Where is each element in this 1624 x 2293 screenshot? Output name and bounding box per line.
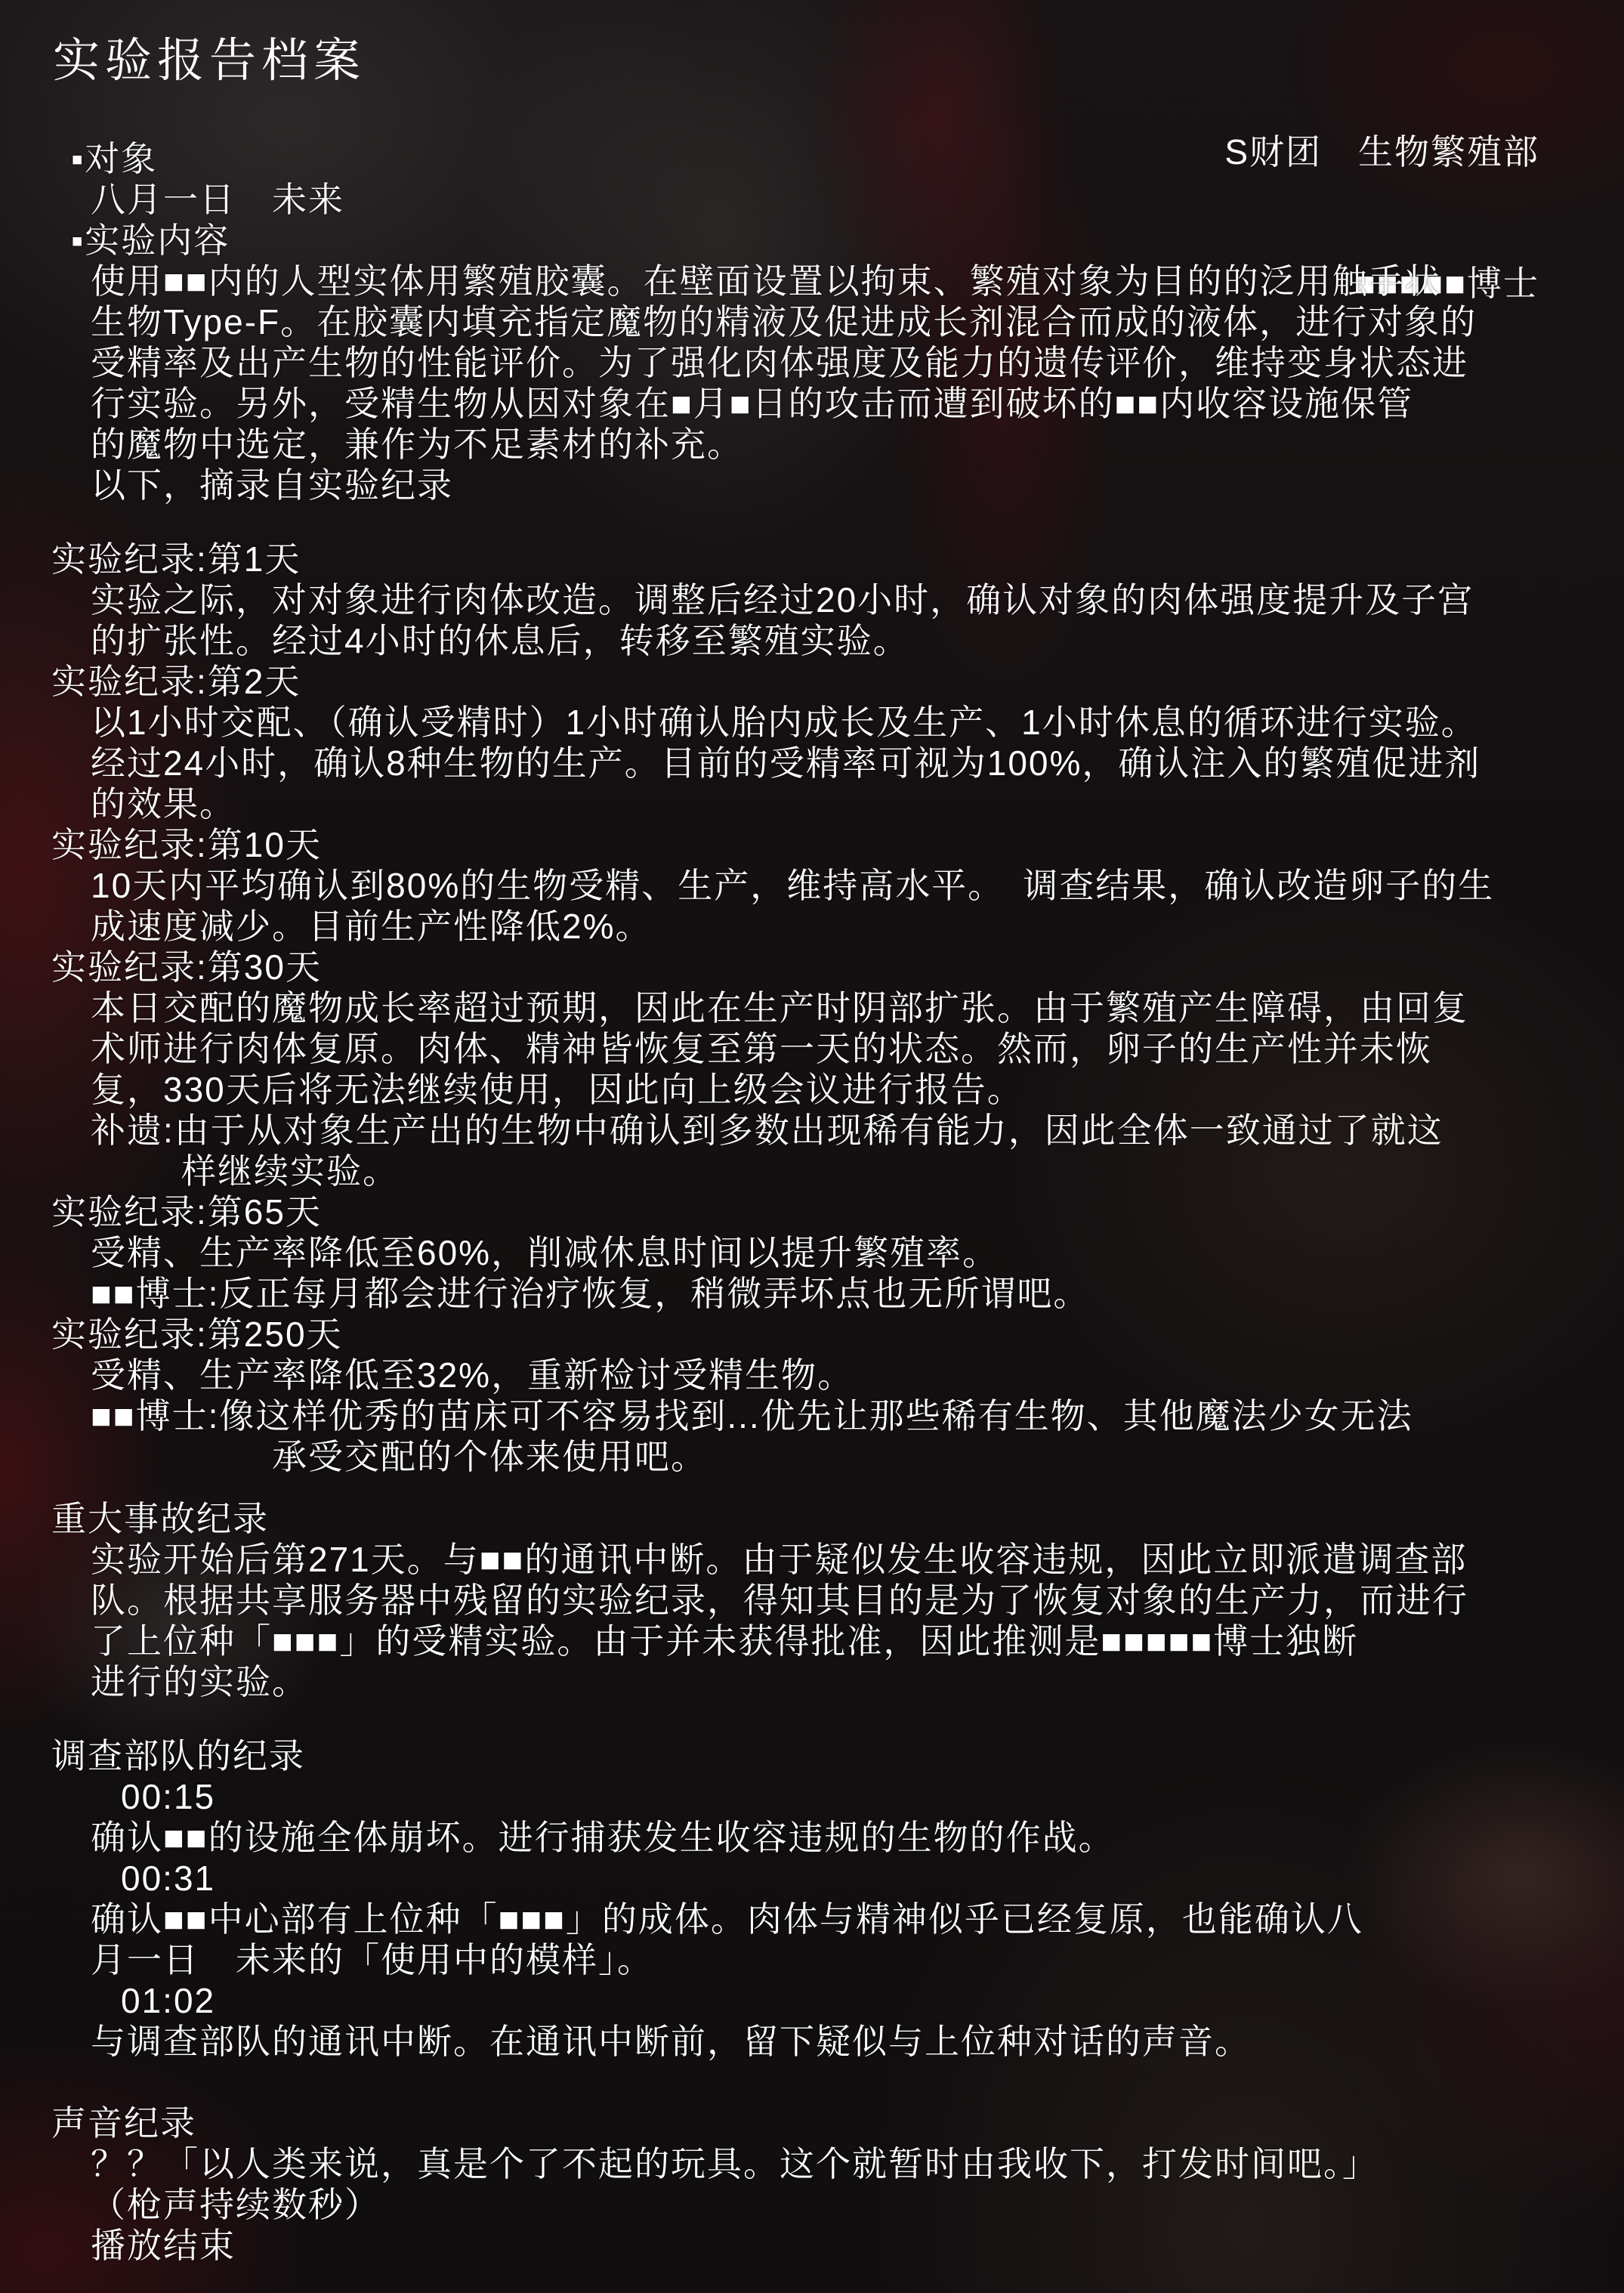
text-line: 队。根据共享服务器中残留的实验纪录，得知其目的是为了恢复对象的生产力，而进行 bbox=[91, 1581, 1468, 1620]
text-line: 10天内平均确认到80%的生物受精、生产，维持高水平。 调查结果，确认改造卵子的… bbox=[91, 867, 1494, 905]
section-heading: 实验纪录:第10天 bbox=[51, 826, 322, 864]
text-line: 行实验。另外，受精生物从因对象在■月■日的攻击而遭到破坏的■■内收容设施保管 bbox=[91, 385, 1413, 423]
text-line: 受精、生产率降低至60%，削减休息时间以提升繁殖率。 bbox=[91, 1234, 999, 1272]
text-line: 补遗:由于从对象生产出的生物中确认到多数出现稀有能力，因此全体一致通过了就这 bbox=[91, 1111, 1443, 1150]
bullet-item: ▪对象 bbox=[71, 140, 157, 178]
text-line: 受精、生产率降低至32%，重新检讨受精生物。 bbox=[91, 1356, 854, 1395]
text-line: 复，330天后将无法继续使用，因此向上级会议进行报告。 bbox=[91, 1071, 1023, 1109]
text-line: 以下，摘录自实验纪录 bbox=[91, 466, 453, 505]
text-line: 的魔物中选定，兼作为不足素材的补充。 bbox=[91, 425, 743, 464]
text-line: 的效果。 bbox=[91, 785, 236, 824]
text-line: 生物Type-F。在胶囊内填充指定魔物的精液及促进成长剂混合而成的液体，进行对象… bbox=[91, 303, 1477, 341]
section-heading: 实验纪录:第1天 bbox=[51, 540, 301, 579]
continuation-line: 样继续实验。 bbox=[181, 1152, 399, 1191]
text-line: 术师进行肉体复原。肉体、精神皆恢复至第一天的状态。然而，卵子的生产性并未恢 bbox=[91, 1030, 1432, 1068]
text-line: 进行的实验。 bbox=[91, 1663, 308, 1701]
continuation-line: 承受交配的个体来使用吧。 bbox=[272, 1438, 707, 1476]
page-title: 实验报告档案 bbox=[53, 23, 366, 90]
text-line: ？？「以人类来说，真是个了不起的玩具。这个就暂时由我收下，打发时间吧。」 bbox=[91, 2145, 1379, 2183]
text-line: 确认■■的设施全体崩坏。进行捕获发生收容违规的生物的作战。 bbox=[91, 1819, 1115, 1857]
text-line: 实验之际，对对象进行肉体改造。调整后经过20小时，确认对象的肉体强度提升及子宫 bbox=[91, 581, 1474, 620]
report-page: 实验报告档案 S财团 生物繁殖部 ■■■■■博士 ▪对象八月一日 未来▪实验内容… bbox=[0, 0, 1624, 2293]
text-line: 使用■■内的人型实体用繁殖胶囊。在壁面设置以拘束、繁殖对象为目的的泛用触手状 bbox=[91, 262, 1441, 301]
text-line: ■■博士:像这样优秀的苗床可不容易找到...优先让那些稀有生物、其他魔法少女无法 bbox=[91, 1397, 1413, 1435]
section-heading: 重大事故纪录 bbox=[51, 1500, 269, 1538]
section-heading: 实验纪录:第250天 bbox=[51, 1315, 343, 1354]
org-department: S财团 生物繁殖部 bbox=[1224, 130, 1539, 174]
text-line: 播放结束 bbox=[91, 2227, 236, 2265]
text-line: ■■博士:反正每月都会进行治疗恢复，稍微弄坏点也无所谓吧。 bbox=[91, 1275, 1089, 1313]
text-line: 确认■■中心部有上位种「■■■」的成体。肉体与精神似乎已经复原，也能确认八 bbox=[91, 1900, 1363, 1939]
timestamp: 01:02 bbox=[121, 1982, 215, 2020]
text-line: 与调查部队的通讯中断。在通讯中断前，留下疑似与上位种对话的声音。 bbox=[91, 2023, 1251, 2061]
timestamp: 00:31 bbox=[121, 1859, 215, 1898]
text-line: 实验开始后第271天。与■■的通讯中断。由于疑似发生收容违规，因此立即派遣调查部 bbox=[91, 1541, 1467, 1579]
timestamp: 00:15 bbox=[121, 1778, 215, 1816]
text-line: 经过24小时，确认8种生物的生产。目前的受精率可视为100%，确认注入的繁殖促进… bbox=[91, 744, 1480, 783]
section-heading: 调查部队的纪录 bbox=[51, 1737, 305, 1775]
text-line: 了上位种「■■■」的受精实验。由于并未获得批准，因此推测是■■■■■博士独断 bbox=[91, 1622, 1358, 1661]
text-line: 月一日 未来的「使用中的模样」。 bbox=[91, 1941, 653, 1979]
section-heading: 声音纪录 bbox=[51, 2104, 196, 2143]
text-line: 受精率及出产生物的性能评价。为了强化肉体强度及能力的遗传评价，维持变身状态进 bbox=[91, 344, 1468, 382]
text-line: （枪声持续数秒） bbox=[91, 2186, 381, 2224]
text-line: 以1小时交配、（确认受精时）1小时确认胎内成长及生产、1小时休息的循环进行实验。 bbox=[91, 703, 1477, 742]
bullet-item: ▪实验内容 bbox=[71, 221, 230, 260]
text-line: 的扩张性。经过4小时的休息后，转移至繁殖实验。 bbox=[91, 622, 909, 660]
text-line: 成速度减少。目前生产性降低2%。 bbox=[91, 907, 651, 946]
section-heading: 实验纪录:第65天 bbox=[51, 1193, 322, 1231]
text-line: 八月一日 未来 bbox=[91, 181, 344, 219]
text-line: 本日交配的魔物成长率超过预期，因此在生产时阴部扩张。由于繁殖产生障碍，由回复 bbox=[91, 989, 1468, 1028]
section-heading: 实验纪录:第30天 bbox=[51, 948, 322, 987]
section-heading: 实验纪录:第2天 bbox=[51, 663, 301, 701]
